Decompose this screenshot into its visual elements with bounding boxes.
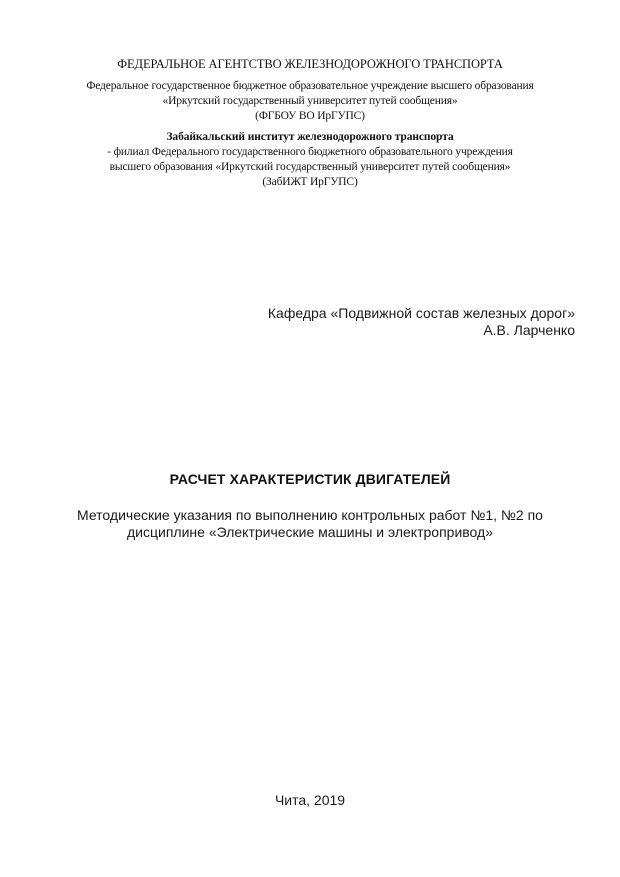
branch-abbreviation: (ЗабИЖТ ИрГУПС) bbox=[0, 176, 620, 188]
subtitle-line-1: Методические указания по выполнению конт… bbox=[0, 507, 620, 523]
institution-line-1: Федеральное государственное бюджетное об… bbox=[0, 80, 620, 92]
branch-line-2: высшего образования «Иркутский государст… bbox=[0, 161, 620, 173]
author-name: А.В. Ларченко bbox=[483, 322, 575, 338]
subtitle-line-2: дисциплине «Электрические машины и элект… bbox=[0, 524, 620, 540]
city-and-year: Чита, 2019 bbox=[0, 792, 620, 808]
institution-line-2: «Иркутский государственный университет п… bbox=[0, 95, 620, 107]
branch-institute-name: Забайкальский институт железнодорожного … bbox=[0, 131, 620, 143]
document-title: РАСЧЕТ ХАРАКТЕРИСТИК ДВИГАТЕЛЕЙ bbox=[0, 471, 620, 487]
branch-line-1: - филиал Федерального государственного б… bbox=[0, 146, 620, 158]
department-name: Кафедра «Подвижной состав железных дорог… bbox=[268, 305, 575, 321]
agency-name: ФЕДЕРАЛЬНОЕ АГЕНТСТВО ЖЕЛЕЗНОДОРОЖНОГО Т… bbox=[0, 57, 620, 72]
institution-abbreviation: (ФГБОУ ВО ИрГУПС) bbox=[0, 110, 620, 122]
